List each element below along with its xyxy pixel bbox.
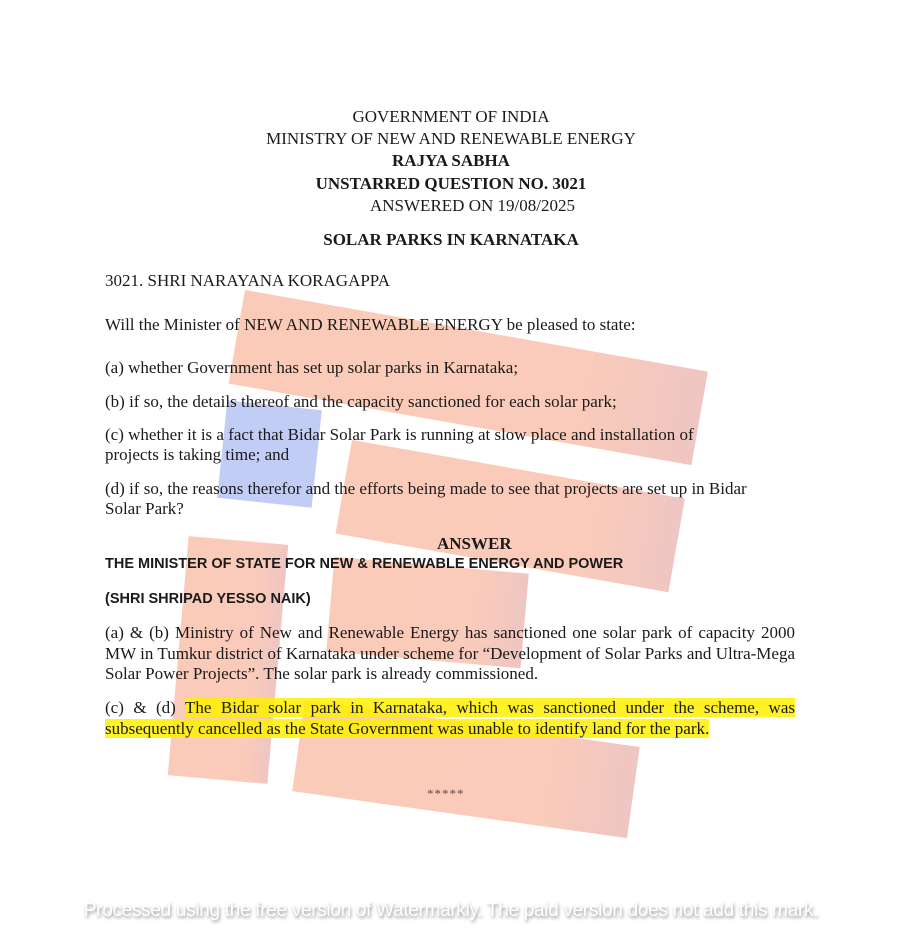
- question-part-b: (b) if so, the details thereof and the c…: [105, 392, 617, 412]
- answer-part-ab: (a) & (b) Ministry of New and Renewable …: [105, 623, 795, 685]
- header-ministry: MINISTRY OF NEW AND RENEWABLE ENERGY: [0, 129, 902, 149]
- end-marker: *****: [427, 786, 465, 802]
- answer-part-cd: (c) & (d) The Bidar solar park in Karnat…: [105, 698, 795, 739]
- question-intro: Will the Minister of NEW AND RENEWABLE E…: [105, 315, 635, 335]
- header-question-number: UNSTARRED QUESTION NO. 3021: [0, 174, 902, 194]
- header-government: GOVERNMENT OF INDIA: [0, 107, 902, 127]
- question-part-c: (c) whether it is a fact that Bidar Sola…: [105, 425, 750, 465]
- minister-name: (SHRI SHRIPAD YESSO NAIK): [105, 589, 311, 609]
- answer-heading: ANSWER: [437, 534, 512, 554]
- question-part-d: (d) if so, the reasons therefor and the …: [105, 479, 760, 519]
- minister-title: THE MINISTER OF STATE FOR NEW & RENEWABL…: [105, 554, 623, 574]
- document-page: GOVERNMENT OF INDIA MINISTRY OF NEW AND …: [0, 0, 902, 946]
- document-title: SOLAR PARKS IN KARNATAKA: [0, 230, 902, 250]
- question-asker: 3021. SHRI NARAYANA KORAGAPPA: [105, 271, 390, 291]
- answer-part-cd-prefix: (c) & (d): [105, 698, 185, 717]
- highlighted-text: The Bidar solar park in Karnataka, which…: [105, 698, 795, 738]
- question-part-a: (a) whether Government has set up solar …: [105, 358, 518, 378]
- header-house: RAJYA SABHA: [0, 151, 902, 171]
- header-answered-date: ANSWERED ON 19/08/2025: [370, 196, 575, 216]
- footer-watermark-text: Processed using the free version of Wate…: [0, 900, 902, 922]
